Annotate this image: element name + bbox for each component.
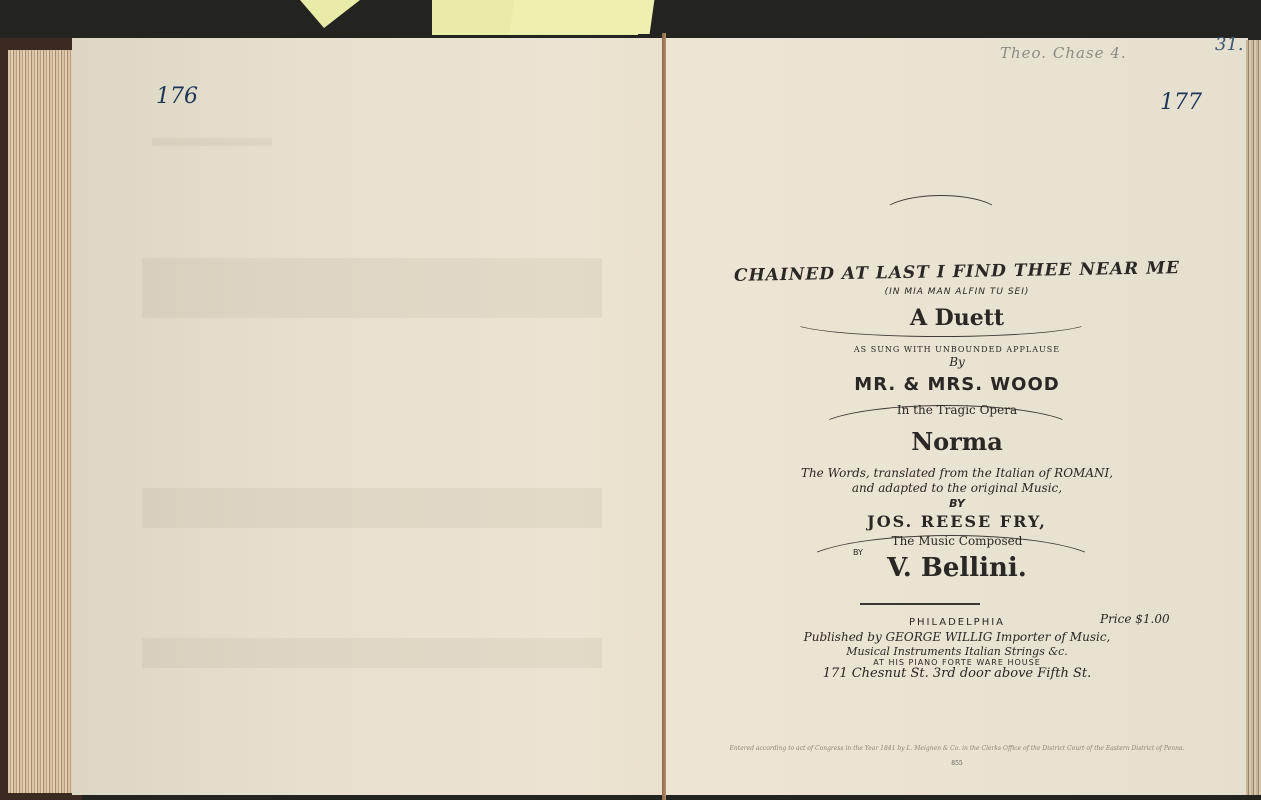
composed-line: The Music Composed [666,534,1248,548]
copyright-line: Entered according to act of Congress in … [666,745,1248,752]
page-edges-right [1246,40,1261,795]
price: Price $1.00 [1100,612,1170,626]
sung-line: AS SUNG WITH UNBOUNDED APPLAUSE [666,345,1248,354]
stamp-number: 31. [1215,34,1244,55]
publisher-address: 171 Chesnut St. 3rd door above Fifth St. [666,666,1248,681]
by-label: BY [666,497,1248,510]
sticky-tab [300,0,360,28]
plate-number: 855 [666,760,1248,767]
words-line-2: and adapted to the original Music, [666,481,1248,495]
opera-title: Norma [666,427,1248,456]
by-label: By [666,355,1248,369]
page-edges-left [8,50,72,793]
words-line-1: The Words, translated from the Italian o… [666,466,1248,480]
publisher-line: Musical Instruments Italian Strings &c. [666,645,1248,658]
flourish-ornament [880,195,1002,237]
publisher-line: Published by GEORGE WILLIG Importer of M… [666,630,1248,644]
sticky-tab [510,0,655,34]
left-page [72,38,664,795]
translator: JOS. REESE FRY, [666,512,1248,531]
opera-intro: In the Tragic Opera [666,403,1248,417]
page-number-left: 176 [156,84,198,109]
page-number-right: 177 [1160,90,1202,115]
composer: V. Bellini. [666,553,1248,583]
performers: MR. & MRS. WOOD [666,374,1248,395]
pencil-note: Theo. Chase 4. [1000,44,1127,62]
divider [860,603,980,605]
form-label: A Duett [666,305,1248,331]
italian-title: (IN MIA MAN ALFIN TU SEI) [666,287,1248,297]
